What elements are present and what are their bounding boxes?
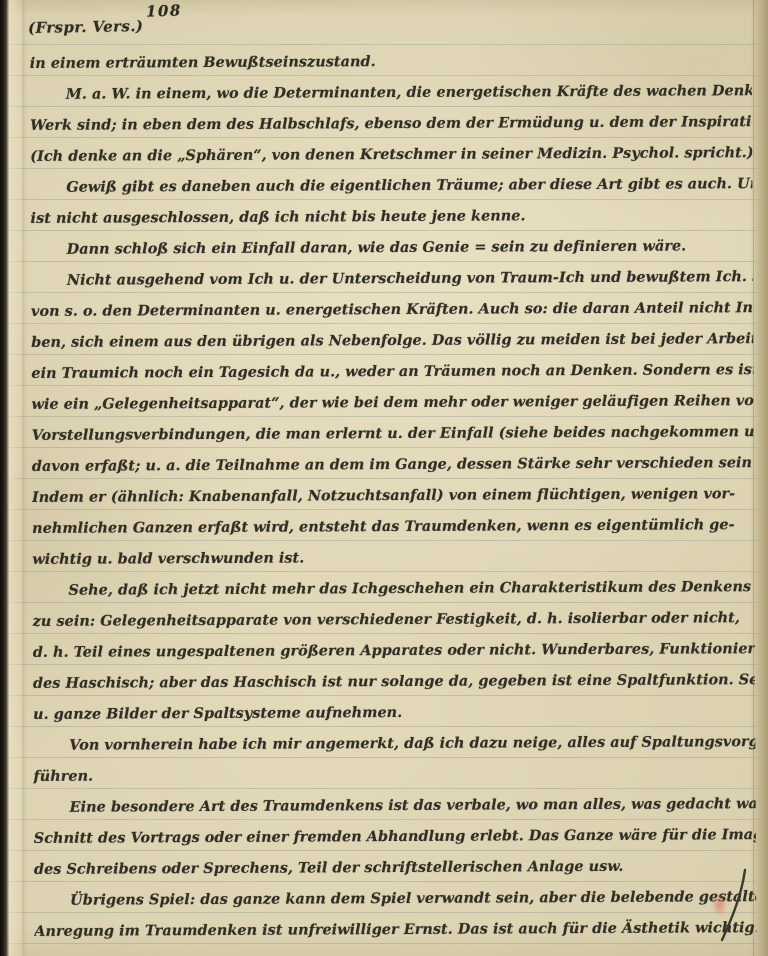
paragraph: M. a. W. in einem, wo die Determinanten,…: [30, 75, 752, 172]
handwritten-line: d. h. Teil eines ungespaltenen größeren …: [33, 633, 755, 668]
binding-edge: [0, 0, 9, 956]
handwritten-line: nehmlichen Ganzen erfaßt wird, entsteht …: [32, 509, 754, 544]
handwritten-line: des Schreibens oder Sprechens, Teil der …: [34, 850, 756, 885]
paragraph: Eine besondere Art des Traumdenkens ist …: [34, 788, 756, 885]
handwritten-line: Indem er (ähnlich: Knabenanfall, Notzuch…: [32, 478, 754, 513]
handwritten-line: Von vornherein habe ich mir angemerkt, d…: [33, 726, 755, 761]
handwritten-line: ein Traumich noch ein Tagesich da u., we…: [31, 354, 753, 389]
handwritten-line: wichtig u. bald verschwunden ist.: [32, 540, 754, 575]
paragraph: Übrigens Spiel: das ganze kann dem Spiel…: [34, 881, 756, 947]
handwritten-line: Übrigens Spiel: das ganze kann dem Spiel…: [34, 881, 756, 916]
handwritten-line: Vorstellungsverbindungen, die man erlern…: [32, 416, 754, 451]
pen-slash-mark: [712, 866, 752, 946]
handwritten-line: des Haschisch; aber das Haschisch ist nu…: [33, 664, 755, 699]
handwritten-line: Schnitt des Vortrags oder einer fremden …: [34, 819, 756, 854]
paragraph: Sehe, daß ich jetzt nicht mehr das Ichge…: [32, 571, 755, 730]
pen-slash-stroke: [712, 866, 752, 946]
page-crease: [22, 0, 27, 956]
handwritten-line: ist nicht ausgeschlossen, daß ich nicht …: [30, 199, 752, 234]
handwritten-line: M. a. W. in einem, wo die Determinanten,…: [30, 75, 752, 110]
paragraph: Gewiß gibt es daneben auch die eigentlic…: [30, 168, 752, 234]
handwritten-line: zu sein: Gelegenheitsapparate von versch…: [33, 602, 755, 637]
page-number: 108: [146, 3, 182, 19]
paragraph: Dann schloß sich ein Einfall daran, wie …: [31, 230, 753, 265]
paragraph: in einem erträumten Bewußtseinszustand.: [30, 44, 752, 79]
handwritten-line: Sehe, daß ich jetzt nicht mehr das Ichge…: [32, 571, 754, 606]
handwritten-line: Eine besondere Art des Traumdenkens ist …: [34, 788, 756, 823]
handwritten-line: führen.: [33, 757, 755, 792]
handwritten-line: davon erfaßt; u. a. die Teilnahme an dem…: [32, 447, 754, 482]
handwritten-line: in einem erträumten Bewußtseinszustand.: [30, 44, 752, 79]
handwritten-line: wie ein „Gelegenheitsapparat“, der wie b…: [31, 385, 753, 420]
handwritten-line: Nicht ausgehend vom Ich u. der Untersche…: [31, 261, 753, 296]
paragraph: Von vornherein habe ich mir angemerkt, d…: [33, 726, 755, 792]
handwritten-line: ben, sich einem aus den übrigen als Nebe…: [31, 323, 753, 358]
handwritten-line: Anregung im Traumdenken ist unfreiwillig…: [34, 912, 756, 947]
manuscript-body: in einem erträumten Bewußtseinszustand.M…: [30, 44, 757, 953]
handwritten-line: Werk sind; in eben dem des Halbschlafs, …: [30, 106, 752, 141]
handwritten-line: u. ganze Bilder der Spaltsysteme aufnehm…: [33, 695, 755, 730]
heading-annotation: (Frspr. Vers.): [28, 19, 144, 36]
handwritten-line: (Ich denke an die „Sphären“, von denen K…: [30, 137, 752, 172]
handwritten-line: Dann schloß sich ein Einfall daran, wie …: [31, 230, 753, 265]
handwritten-line: von s. o. den Determinanten u. energetis…: [31, 292, 753, 327]
paragraph: Nicht ausgehend vom Ich u. der Untersche…: [31, 261, 755, 575]
handwritten-line: Gewiß gibt es daneben auch die eigentlic…: [30, 168, 752, 203]
